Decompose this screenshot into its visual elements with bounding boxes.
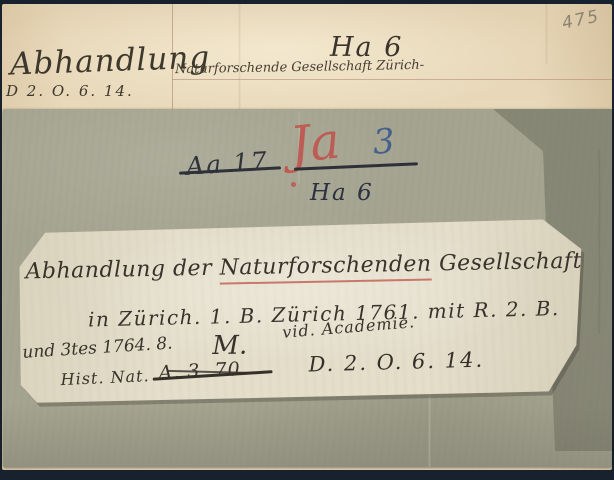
current-signature: Ha 6 xyxy=(310,182,374,205)
horizontal-rule-line xyxy=(172,79,612,80)
header-shelfmark: D 2. O. 6. 14. xyxy=(6,84,134,99)
pasted-label: Abhandlung der Naturforschenden Gesellsc… xyxy=(15,217,591,413)
label-line1-suffix: Gesellschaft xyxy=(431,249,582,277)
paper-crease xyxy=(598,149,601,334)
label-line1-prefix: Abhandlung der xyxy=(25,256,220,285)
paper-crease xyxy=(545,4,548,64)
label-line4-hist-nat: Hist. Nat. xyxy=(60,368,150,388)
label-line4-shelfmark: D. 2. O. 6. 14. xyxy=(308,350,484,376)
red-ink-letter: Ja xyxy=(288,116,343,171)
header-signature: Ha 6 xyxy=(330,34,403,61)
paper-crease xyxy=(428,389,431,467)
label-line3-m: M. xyxy=(212,333,247,359)
red-ink-dot xyxy=(291,182,296,187)
label-line1-underlined-red: Naturforschenden xyxy=(219,252,432,285)
label-line-1: Abhandlung der Naturforschenden Gesellsc… xyxy=(25,251,582,284)
archival-card-scan: Abhandlung D 2. O. 6. 14. Ha 6 Naturfors… xyxy=(0,0,614,480)
blue-ink-number: 3 xyxy=(372,124,396,159)
paper-crease xyxy=(238,4,241,109)
grey-sheet-shading xyxy=(3,404,612,467)
paper-specks xyxy=(3,109,5,111)
label-line3-volume: und 3tes 1764. 8. xyxy=(22,335,173,361)
crossed-old-signature: Aa 17 xyxy=(185,148,269,179)
